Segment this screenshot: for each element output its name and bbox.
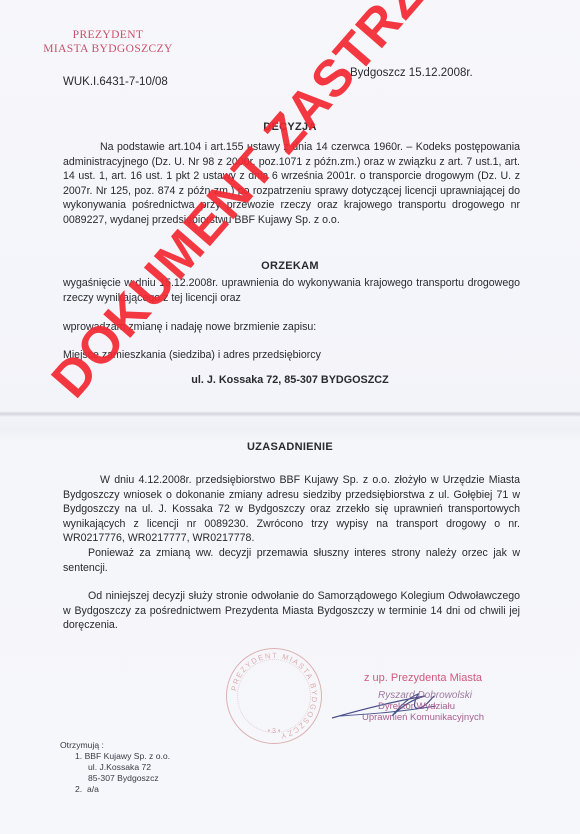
ruling-title: ORZEKAM xyxy=(0,260,580,272)
recipient-street: ul. J.Kossaka 72 xyxy=(60,762,170,773)
justification-title: UZASADNIENIE xyxy=(0,441,580,453)
decision-intro-text: Na podstawie art.104 i art.155 ustawy z … xyxy=(63,141,520,226)
decision-intro: Na podstawie art.104 i art.155 ustawy z … xyxy=(63,140,520,228)
reference-number: WUK.I.6431-7-10/08 xyxy=(63,76,168,88)
recipient-number: 2. xyxy=(75,784,82,794)
justification-para-1: W dniu 4.12.2008r. przedsiębiorstwo BBF … xyxy=(63,473,520,546)
stamp-ring-text: PREZYDENT MIASTA BYDGOSZCZY • 3 • xyxy=(227,649,321,743)
signature-block: z up. Prezydenta Miasta Ryszard Dobrowol… xyxy=(358,672,518,723)
signing-authority: z up. Prezydenta Miasta xyxy=(358,672,518,684)
justification-para-2-text: Ponieważ za zmianą ww. decyzji przemawia… xyxy=(63,547,520,574)
issuer-line-2: MIASTA BYDGOSZCZY xyxy=(38,42,178,56)
issuer-line-1: PREZYDENT xyxy=(38,28,178,42)
signatory-role: Dyrektor Wydziału xyxy=(358,701,518,712)
svg-text:• 3 •: • 3 • xyxy=(268,728,281,735)
recipient-name: BBF Kujawy Sp. z o.o. xyxy=(85,751,171,761)
justification-para-2: Ponieważ za zmianą ww. decyzji przemawia… xyxy=(63,546,520,575)
recipient-item: 2. a/a xyxy=(60,784,170,795)
recipient-city: 85-307 Bydgoszcz xyxy=(60,773,170,784)
signatory-name: Ryszard Dobrowolski xyxy=(358,690,518,701)
recipient-name: a/a xyxy=(87,784,99,794)
city-date: Bydgoszcz 15.12.2008r. xyxy=(350,67,473,79)
recipient-item: 1. BBF Kujawy Sp. z o.o. xyxy=(60,751,170,762)
address-value: ul. J. Kossaka 72, 85-307 BYDGOSZCZ xyxy=(0,374,580,386)
justification-para-1-text: W dniu 4.12.2008r. przedsiębiorstwo BBF … xyxy=(63,474,520,544)
issuer-header: PREZYDENT MIASTA BYDGOSZCZY xyxy=(38,28,178,56)
ruling-expiry: wygaśnięcie w dniu 15.12.2008r. uprawnie… xyxy=(63,276,520,305)
address-label: Miejsce zamieszkania (siedziba) i adres … xyxy=(63,349,321,361)
recipients-list: Otrzymują : 1. BBF Kujawy Sp. z o.o. ul.… xyxy=(60,740,170,795)
recipient-number: 1. xyxy=(75,751,82,761)
official-stamp: PREZYDENT MIASTA BYDGOSZCZY • 3 • xyxy=(226,648,322,744)
appeal-notice: Od niniejszej decyzji służy stronie odwo… xyxy=(63,589,520,633)
recipients-label: Otrzymują : xyxy=(60,740,170,751)
ruling-change: wprowadzam zmianę i nadaję nowe brzmieni… xyxy=(63,321,316,333)
decision-title: DECYZJA xyxy=(0,121,580,133)
signatory-department: Uprawnień Komunikacyjnych xyxy=(358,712,518,723)
appeal-notice-text: Od niniejszej decyzji służy stronie odwo… xyxy=(63,590,520,631)
paper-fold-line xyxy=(0,411,580,417)
